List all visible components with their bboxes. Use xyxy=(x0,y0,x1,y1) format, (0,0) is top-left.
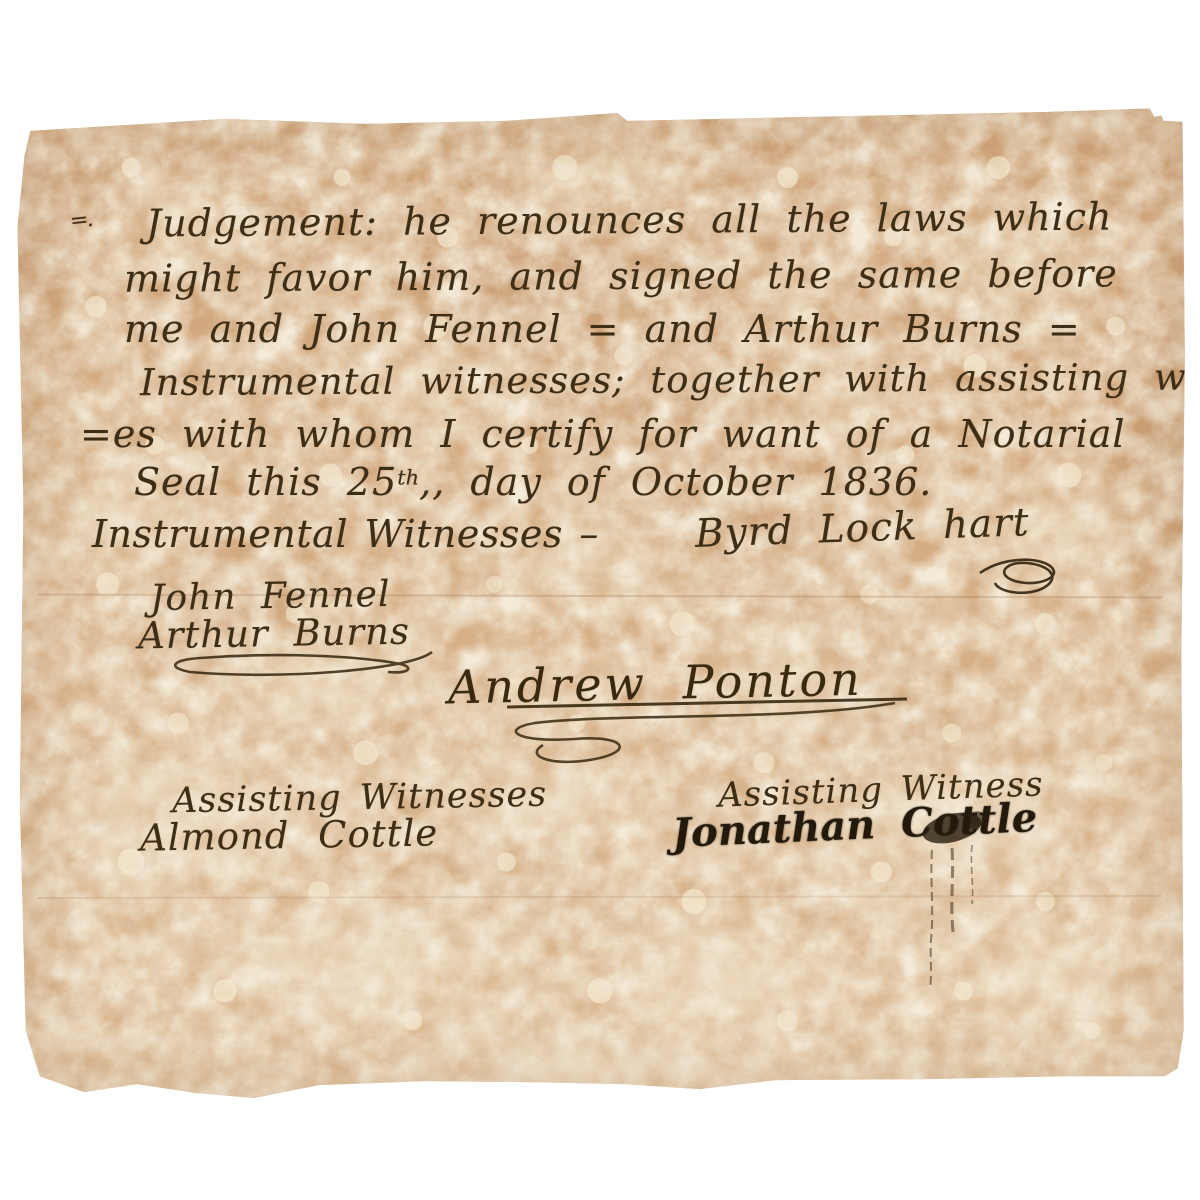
body-line-3: me and John Fennel = and Arthur Burns = xyxy=(124,307,1081,351)
date-superscript: th xyxy=(397,466,419,490)
date-prefix: Seal this 25 xyxy=(134,460,397,504)
instrumental-witnesses-label: Instrumental Witnesses – xyxy=(92,512,599,556)
body-line-5: =es with whom I certify for want of a No… xyxy=(80,412,1126,456)
signature-byrd-lockhart: Byrd Lock hart xyxy=(694,500,1030,557)
paper-crease xyxy=(37,895,1162,899)
body-line-1: Judgement: he renounces all the laws whi… xyxy=(146,195,1113,246)
signature-arthur-burns: Arthur Burns xyxy=(138,610,411,658)
body-line-2: might favor him, and signed the same bef… xyxy=(124,251,1118,300)
page-background: =. Judgement: he renounces all the laws … xyxy=(0,0,1200,1200)
manuscript-paper: =. Judgement: he renounces all the laws … xyxy=(14,108,1186,1100)
date-line: Seal this 25th,, day of October 1836. xyxy=(134,460,932,504)
body-line-4: Instrumental witnesses; together with as… xyxy=(140,355,1200,404)
byrd-signature-flourish xyxy=(965,545,1075,605)
signature-almond-cottle: Almond Cottle xyxy=(140,811,439,859)
date-suffix: ,, day of October 1836. xyxy=(419,460,932,504)
signature-andrew-ponton: Andrew Ponton xyxy=(447,652,863,715)
marginal-mark: =. xyxy=(69,207,93,234)
